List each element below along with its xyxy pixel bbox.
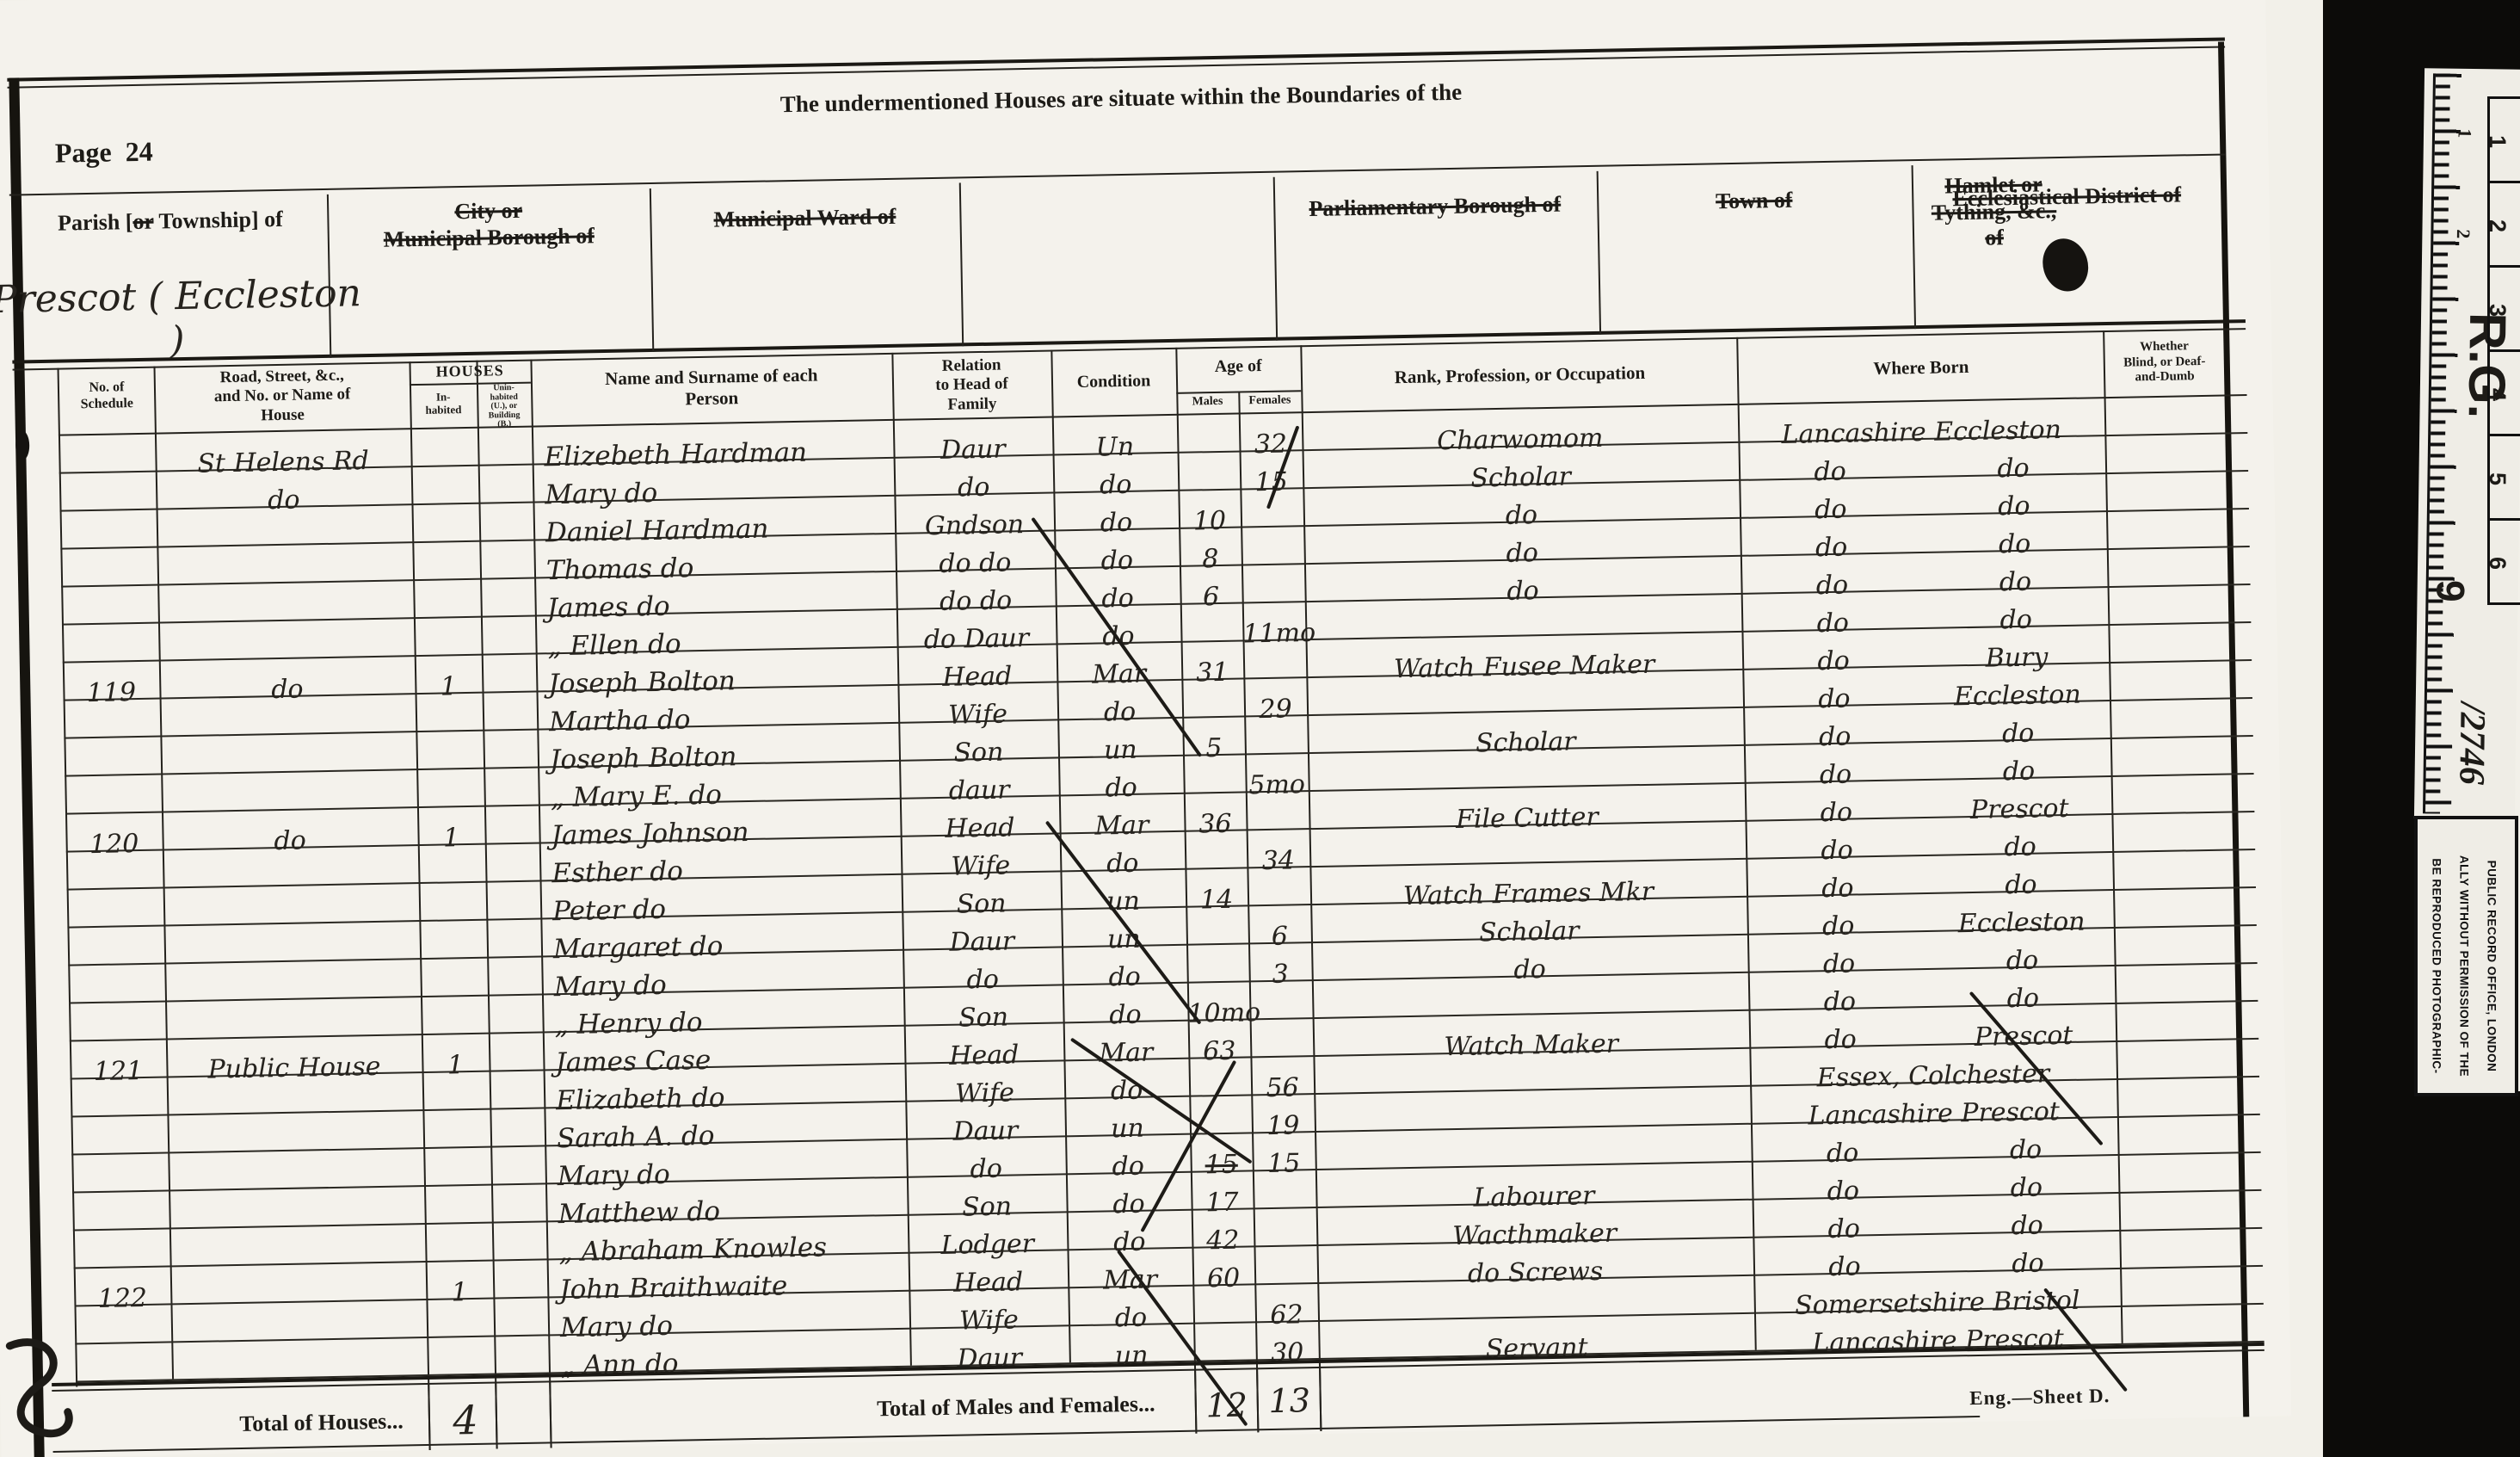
municipal-ward-label: Municipal Ward of [658, 203, 952, 235]
film-edge-number-box: 5 [2487, 434, 2520, 521]
col-houses-label: HOUSES [409, 361, 530, 382]
col-schedule-label: No. of Schedule [61, 380, 153, 414]
col-blind-label: Whether Blind, or Deaf- and-Dumb [2104, 339, 2224, 387]
film-edge-number-box: 2 [2487, 181, 2520, 268]
col-inhabited-label: In- habited [410, 390, 478, 417]
ruler-number: 2 [2452, 229, 2474, 238]
census-scan: Page 24 The undermentioned Houses are si… [0, 0, 2520, 1457]
parish-label-pre: Parish [ [58, 209, 133, 236]
stamp-text-line: ALLY WITHOUT PERMISSION OF THE [2458, 837, 2471, 1096]
sheet-label: Eng.—Sheet D. [1950, 1384, 2130, 1411]
ecclesiastical-label: Ecclesiastical District of [1916, 182, 2218, 213]
paper-rotation-wrapper: Page 24 The undermentioned Houses are si… [0, 0, 2520, 1457]
town-label: Town of [1605, 185, 1903, 217]
parliamentary-borough-label: Parliamentary Borough of [1282, 191, 1588, 223]
ruler-number: 1 [2453, 128, 2475, 138]
col-relation-label: Relation to Head of Family [893, 355, 1050, 417]
col-born-label: Where Born [1739, 354, 2104, 382]
col-name-label: Name and Surname of each Person [534, 363, 890, 412]
total-males-value: 12 [1196, 1386, 1257, 1424]
col-condition-label: Condition [1053, 371, 1174, 393]
top-border-outer [7, 37, 2225, 81]
col-occupation-label: Rank, Profession, or Occupation [1303, 361, 1737, 390]
parish-value: Prescot ( Eccleston ) [0, 271, 367, 366]
col-road-label: Road, Street, &c., and No. or Name of Ho… [158, 365, 407, 427]
col-females-label: Females [1238, 393, 1301, 409]
corner-flourish [0, 1329, 83, 1457]
edge-blot [15, 430, 30, 460]
film-edge-number-box: 4 [2487, 349, 2520, 436]
pro-copyright-stamp: BE REPRODUCED PHOTOGRAPHIC-ALLY WITHOUT … [2414, 816, 2518, 1096]
page-label: Page [55, 136, 112, 168]
parish-label-struck: or [132, 209, 154, 234]
district-divider [959, 182, 964, 346]
top-border-inner [8, 46, 2226, 88]
film-edge-number-box: 6 [2487, 518, 2520, 605]
stamp-text-line: PUBLIC RECORD OFFICE, LONDON [2486, 837, 2498, 1096]
totals-rule [549, 1380, 551, 1448]
col-males-label: Males [1176, 395, 1238, 411]
page-number-value: 24 [125, 136, 153, 168]
district-divider [1273, 177, 1278, 341]
census-page: Page 24 The undermentioned Houses are si… [0, 0, 2291, 1457]
total-houses-label: Total of Houses... [216, 1408, 428, 1438]
district-divider [650, 188, 654, 352]
film-black-bottom [2323, 1091, 2520, 1457]
film-edge-number-box: 1 [2487, 96, 2520, 183]
film-black-top [2423, 0, 2520, 74]
rg-piece-number: /2746 [2450, 702, 2492, 785]
col-uninhabited-label: Unin- habited (U.), or Building (B.) [477, 384, 532, 430]
district-divider [1597, 171, 1601, 335]
parish-label: Parish [or Township] of [22, 206, 319, 238]
totals-rule [428, 1383, 430, 1450]
col-age-label: Age of [1176, 355, 1301, 378]
page-number: Page 24 [55, 134, 245, 170]
rg-series-number: 9 [2427, 580, 2474, 602]
film-edge-number-box-end [2487, 602, 2520, 605]
film-edge-rule [2487, 96, 2490, 602]
total-houses-value: 4 [435, 1397, 496, 1444]
parish-label-post: Township] of [153, 207, 283, 234]
total-males-females-label: Total of Males and Females... [840, 1391, 1192, 1423]
film-edge-number-box: 3 [2487, 265, 2520, 352]
total-females-value: 13 [1259, 1381, 1320, 1420]
city-borough-label: City or Municipal Borough of [336, 195, 642, 254]
page-title: The undermentioned Houses are situate wi… [691, 77, 1551, 120]
stamp-text-line: BE REPRODUCED PHOTOGRAPHIC- [2431, 837, 2443, 1096]
